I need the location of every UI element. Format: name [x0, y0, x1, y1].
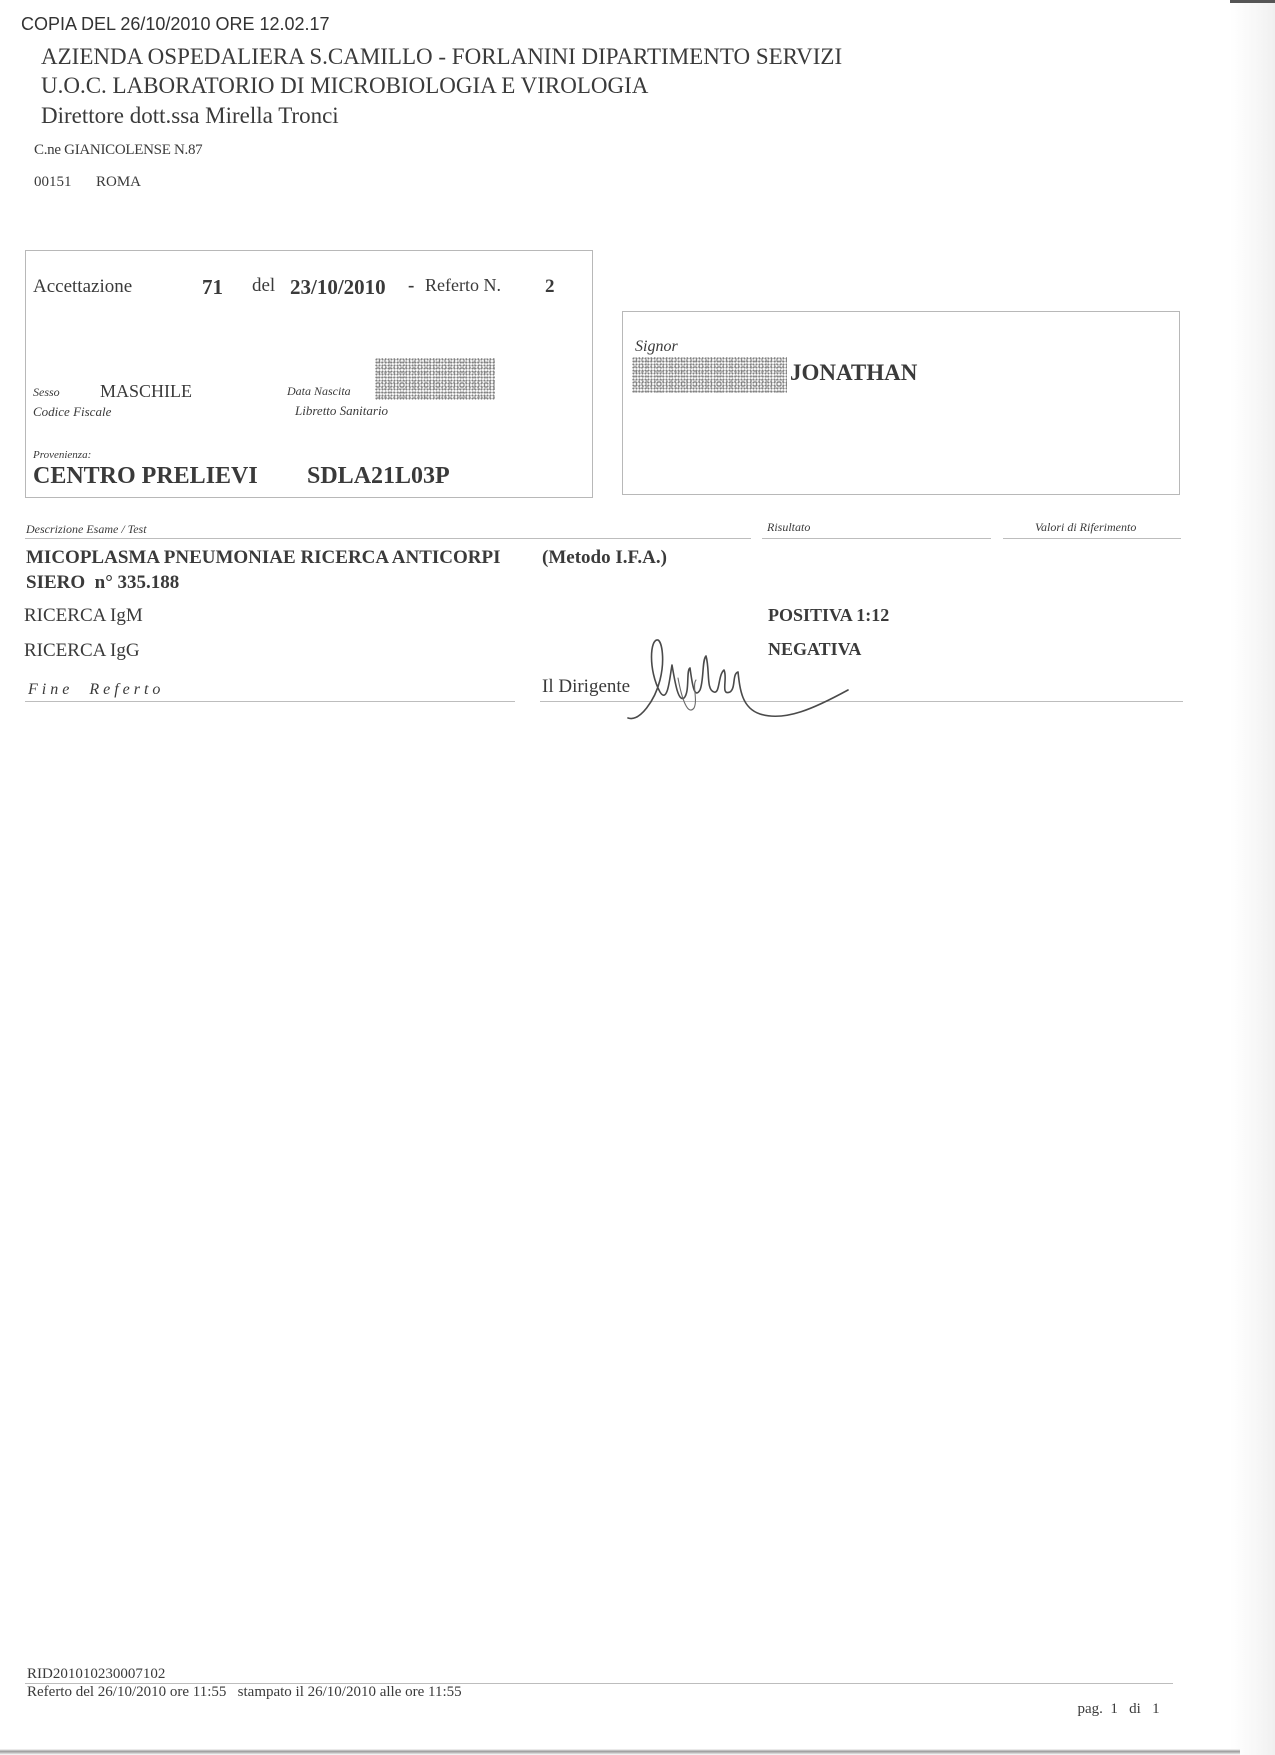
health-booklet-label: Libretto Sanitario — [295, 403, 388, 419]
signature-icon — [620, 630, 860, 730]
column-header-result: Risultato — [767, 520, 810, 535]
acceptance-label: Accettazione — [33, 276, 132, 298]
postcode: 00151 — [34, 174, 72, 191]
page-total: 1 — [1152, 1701, 1160, 1717]
page-current: 1 — [1110, 1701, 1118, 1717]
end-of-report: Fine Referto — [28, 681, 164, 699]
referto-number: 2 — [545, 276, 555, 298]
page-of-label: di — [1129, 1701, 1141, 1717]
del-label: del — [252, 275, 275, 297]
column-header-description: Descrizione Esame / Test — [26, 522, 147, 537]
origin-value: CENTRO PRELIEVI — [33, 463, 258, 490]
acceptance-date: 23/10/2010 — [290, 275, 386, 300]
header-rule-result — [762, 538, 991, 539]
copy-stamp: COPIA DEL 26/10/2010 ORE 12.02.17 — [21, 14, 330, 35]
exam-method: (Metodo I.F.A.) — [542, 547, 667, 569]
patient-box — [622, 311, 1180, 495]
column-header-reference: Valori di Riferimento — [1035, 520, 1136, 535]
patient-first-name: JONATHAN — [790, 360, 917, 386]
page-indicator: pag. 1 di 1 — [1070, 1684, 1160, 1718]
header-rule-reference — [1003, 538, 1181, 539]
fiscal-code-label: Codice Fiscale — [33, 404, 111, 420]
test-name: RICERCA IgM — [24, 605, 143, 627]
salutation: Signor — [635, 338, 678, 356]
origin-label: Provenienza: — [33, 449, 91, 461]
origin-code: SDLA21L03P — [307, 463, 450, 490]
header-rule-description — [25, 538, 751, 539]
report-timestamp: Referto del 26/10/2010 ore 11:55 stampat… — [27, 1684, 462, 1701]
page-label: pag. — [1078, 1701, 1103, 1717]
birth-date-label: Data Nascita — [287, 384, 351, 399]
birth-date-redacted — [375, 358, 495, 400]
address: C.ne GIANICOLENSE N.87 — [34, 142, 202, 159]
scan-edge-right — [1230, 0, 1275, 1755]
sex-label: Sesso — [33, 385, 60, 400]
acceptance-number: 71 — [202, 275, 223, 300]
city: ROMA — [96, 174, 141, 191]
sample-id: SIERO n° 335.188 — [26, 572, 179, 594]
test-name: RICERCA IgG — [24, 640, 140, 662]
scan-edge-bottom — [0, 1749, 1240, 1755]
director-name: Direttore dott.ssa Mirella Tronci — [41, 103, 339, 129]
sex-value: MASCHILE — [100, 381, 192, 402]
report-id: RID201010230007102 — [27, 1666, 165, 1683]
hospital-name: AZIENDA OSPEDALIERA S.CAMILLO - FORLANIN… — [41, 44, 842, 70]
exam-title: MICOPLASMA PNEUMONIAE RICERCA ANTICORPI — [26, 547, 501, 569]
end-rule — [25, 701, 515, 702]
dash: - — [408, 275, 414, 297]
scan-edge-right-top — [1230, 0, 1275, 3]
test-result: POSITIVA 1:12 — [768, 605, 889, 626]
lab-name: U.O.C. LABORATORIO DI MICROBIOLOGIA E VI… — [41, 73, 648, 99]
referto-label: Referto N. — [425, 275, 501, 296]
surname-redacted — [632, 357, 787, 393]
signer-label: Il Dirigente — [542, 676, 630, 698]
